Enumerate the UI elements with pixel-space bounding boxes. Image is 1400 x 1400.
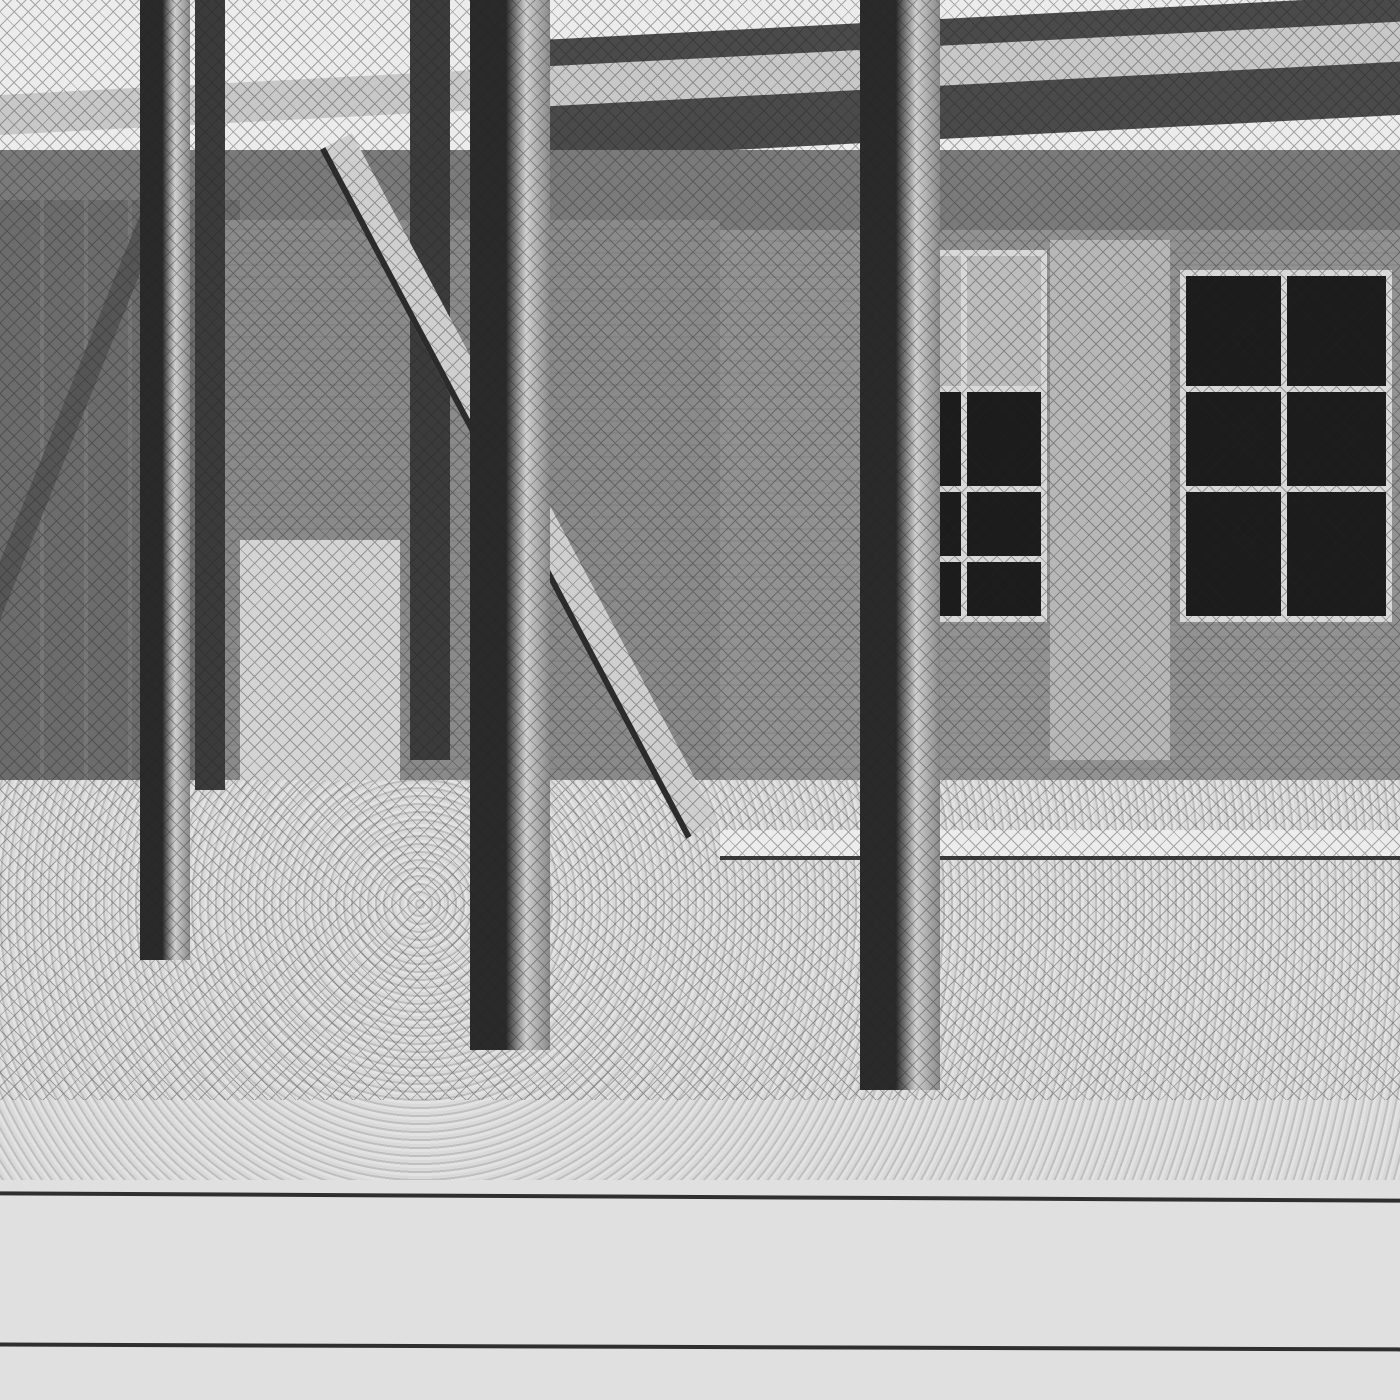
fence-post bbox=[140, 0, 190, 960]
window-mullion bbox=[931, 486, 1041, 492]
bench bbox=[720, 830, 1400, 860]
fence-post bbox=[470, 0, 550, 1050]
wall-panel bbox=[1050, 240, 1170, 760]
window-mullion bbox=[961, 256, 967, 616]
dirt-road bbox=[0, 1180, 1400, 1400]
window-mullion bbox=[931, 556, 1041, 562]
window-mullion bbox=[1186, 486, 1386, 492]
window-left bbox=[925, 250, 1047, 622]
window-mullion bbox=[931, 386, 1041, 392]
fence-post bbox=[195, 0, 225, 790]
window-upper-pane bbox=[931, 256, 1041, 386]
photo-scene: Black-and-white photograph of a wooden b… bbox=[0, 0, 1400, 1400]
window-mullion bbox=[1186, 386, 1386, 392]
door bbox=[240, 540, 400, 780]
window-mullion bbox=[1281, 276, 1287, 616]
fence-post bbox=[860, 0, 940, 1090]
window-right bbox=[1180, 270, 1392, 622]
